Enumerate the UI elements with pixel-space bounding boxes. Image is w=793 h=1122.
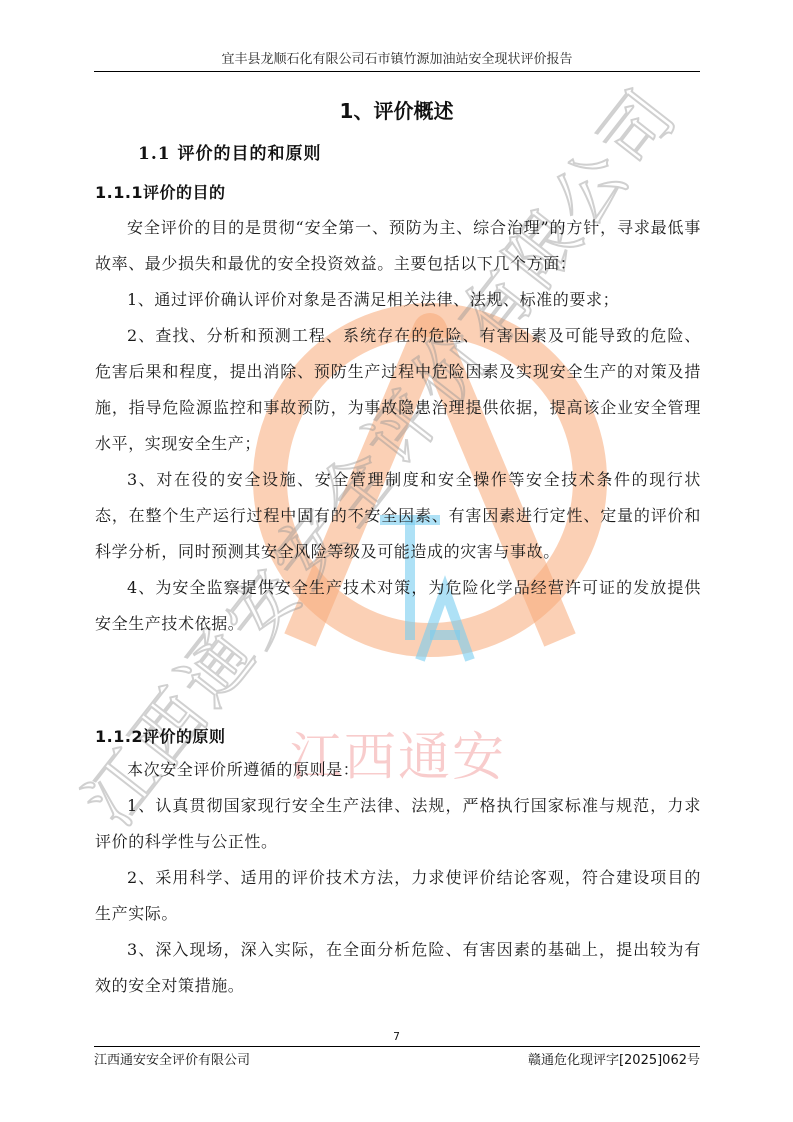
purpose-body: 安全评价的目的是贯彻“安全第一、预防为主、综合治理”的方针，寻求最低事故率、最少… [95, 210, 701, 642]
footer-divider [94, 1046, 700, 1047]
principles-intro: 本次安全评价所遵循的原则是： [95, 752, 701, 788]
page-header-title: 宜丰县龙顺石化有限公司石市镇竹源加油站安全现状评价报告 [94, 48, 700, 67]
principles-item-1: 1、认真贯彻国家现行安全生产法律、法规，严格执行国家标准与规范，力求评价的科学性… [95, 788, 701, 860]
subsection-title-purpose: 1.1.1评价的目的 [95, 180, 226, 203]
section-title: 1.1 评价的目的和原则 [138, 139, 322, 164]
purpose-item-2: 2、查找、分析和预测工程、系统存在的危险、有害因素及可能导致的危险、危害后果和程… [95, 318, 701, 462]
purpose-intro: 安全评价的目的是贯彻“安全第一、预防为主、综合治理”的方针，寻求最低事故率、最少… [95, 210, 701, 282]
header-divider [94, 71, 700, 72]
principles-item-2: 2、采用科学、适用的评价技术方法，力求使评价结论客观，符合建设项目的生产实际。 [95, 860, 701, 932]
footer-company: 江西通安安全评价有限公司 [94, 1049, 250, 1068]
purpose-item-3: 3、对在役的安全设施、安全管理制度和安全操作等安全技术条件的现行状态，在整个生产… [95, 462, 701, 570]
footer-document-number: 赣通危化现评字[2025]062号 [528, 1049, 700, 1068]
document-page: 江西通安安全评价有限公司 江西通安 宜丰县龙顺石化有限公司石市镇竹源加油站安全现… [0, 0, 793, 1122]
purpose-item-1: 1、通过评价确认评价对象是否满足相关法律、法规、标准的要求； [95, 282, 701, 318]
principles-item-3: 3、深入现场，深入实际，在全面分析危险、有害因素的基础上，提出较为有效的安全对策… [95, 932, 701, 1004]
page-number: 7 [0, 1030, 793, 1043]
principles-body: 本次安全评价所遵循的原则是： 1、认真贯彻国家现行安全生产法律、法规，严格执行国… [95, 752, 701, 1004]
purpose-item-4: 4、为安全监察提供安全生产技术对策，为危险化学品经营许可证的发放提供安全生产技术… [95, 570, 701, 642]
chapter-title: 1、评价概述 [0, 95, 793, 124]
subsection-title-principles: 1.1.2评价的原则 [95, 724, 226, 747]
